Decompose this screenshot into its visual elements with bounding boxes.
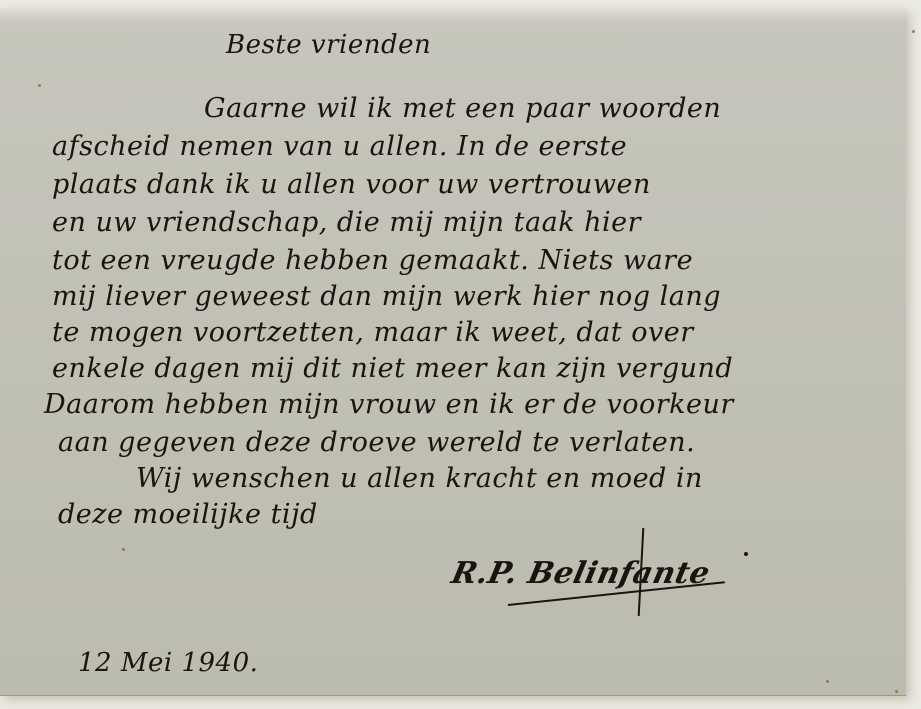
letter-line: plaats dank ik u allen voor uw vertrouwe… — [52, 168, 651, 202]
letter-line: deze moeilijke tijd — [58, 498, 318, 532]
letter-line: enkele dagen mij dit niet meer kan zijn … — [52, 352, 733, 386]
letter-line: tot een vreugde hebben gemaakt. Niets wa… — [52, 244, 693, 278]
letter-line: Gaarne wil ik met een paar woorden — [204, 92, 721, 126]
letter-line: Daarom hebben mijn vrouw en ik er de voo… — [44, 388, 734, 422]
letter-salutation: Beste vrienden — [226, 30, 431, 60]
paper-speck — [895, 690, 898, 693]
paper-speck — [122, 548, 125, 551]
letter-line: te mogen voortzetten, maar ik weet, dat … — [52, 316, 694, 350]
letter-line: en uw vriendschap, die mij mijn taak hie… — [52, 206, 641, 240]
letter-date: 12 Mei 1940. — [78, 648, 258, 678]
paper-speck — [826, 680, 829, 683]
letter-line: afscheid nemen van u allen. In de eerste — [52, 130, 627, 164]
scanned-letter-frame: Beste vrienden Gaarne wil ik met een paa… — [0, 0, 921, 709]
paper-speck — [38, 84, 41, 87]
letter-paper: Beste vrienden Gaarne wil ik met een paa… — [0, 8, 906, 696]
letter-line: aan gegeven deze droeve wereld te verlat… — [58, 426, 695, 460]
signature-dot — [744, 552, 748, 556]
letter-line: mij liever geweest dan mijn werk hier no… — [52, 280, 721, 314]
letter-line: Wij wenschen u allen kracht en moed in — [136, 462, 703, 496]
paper-speck — [912, 30, 915, 33]
